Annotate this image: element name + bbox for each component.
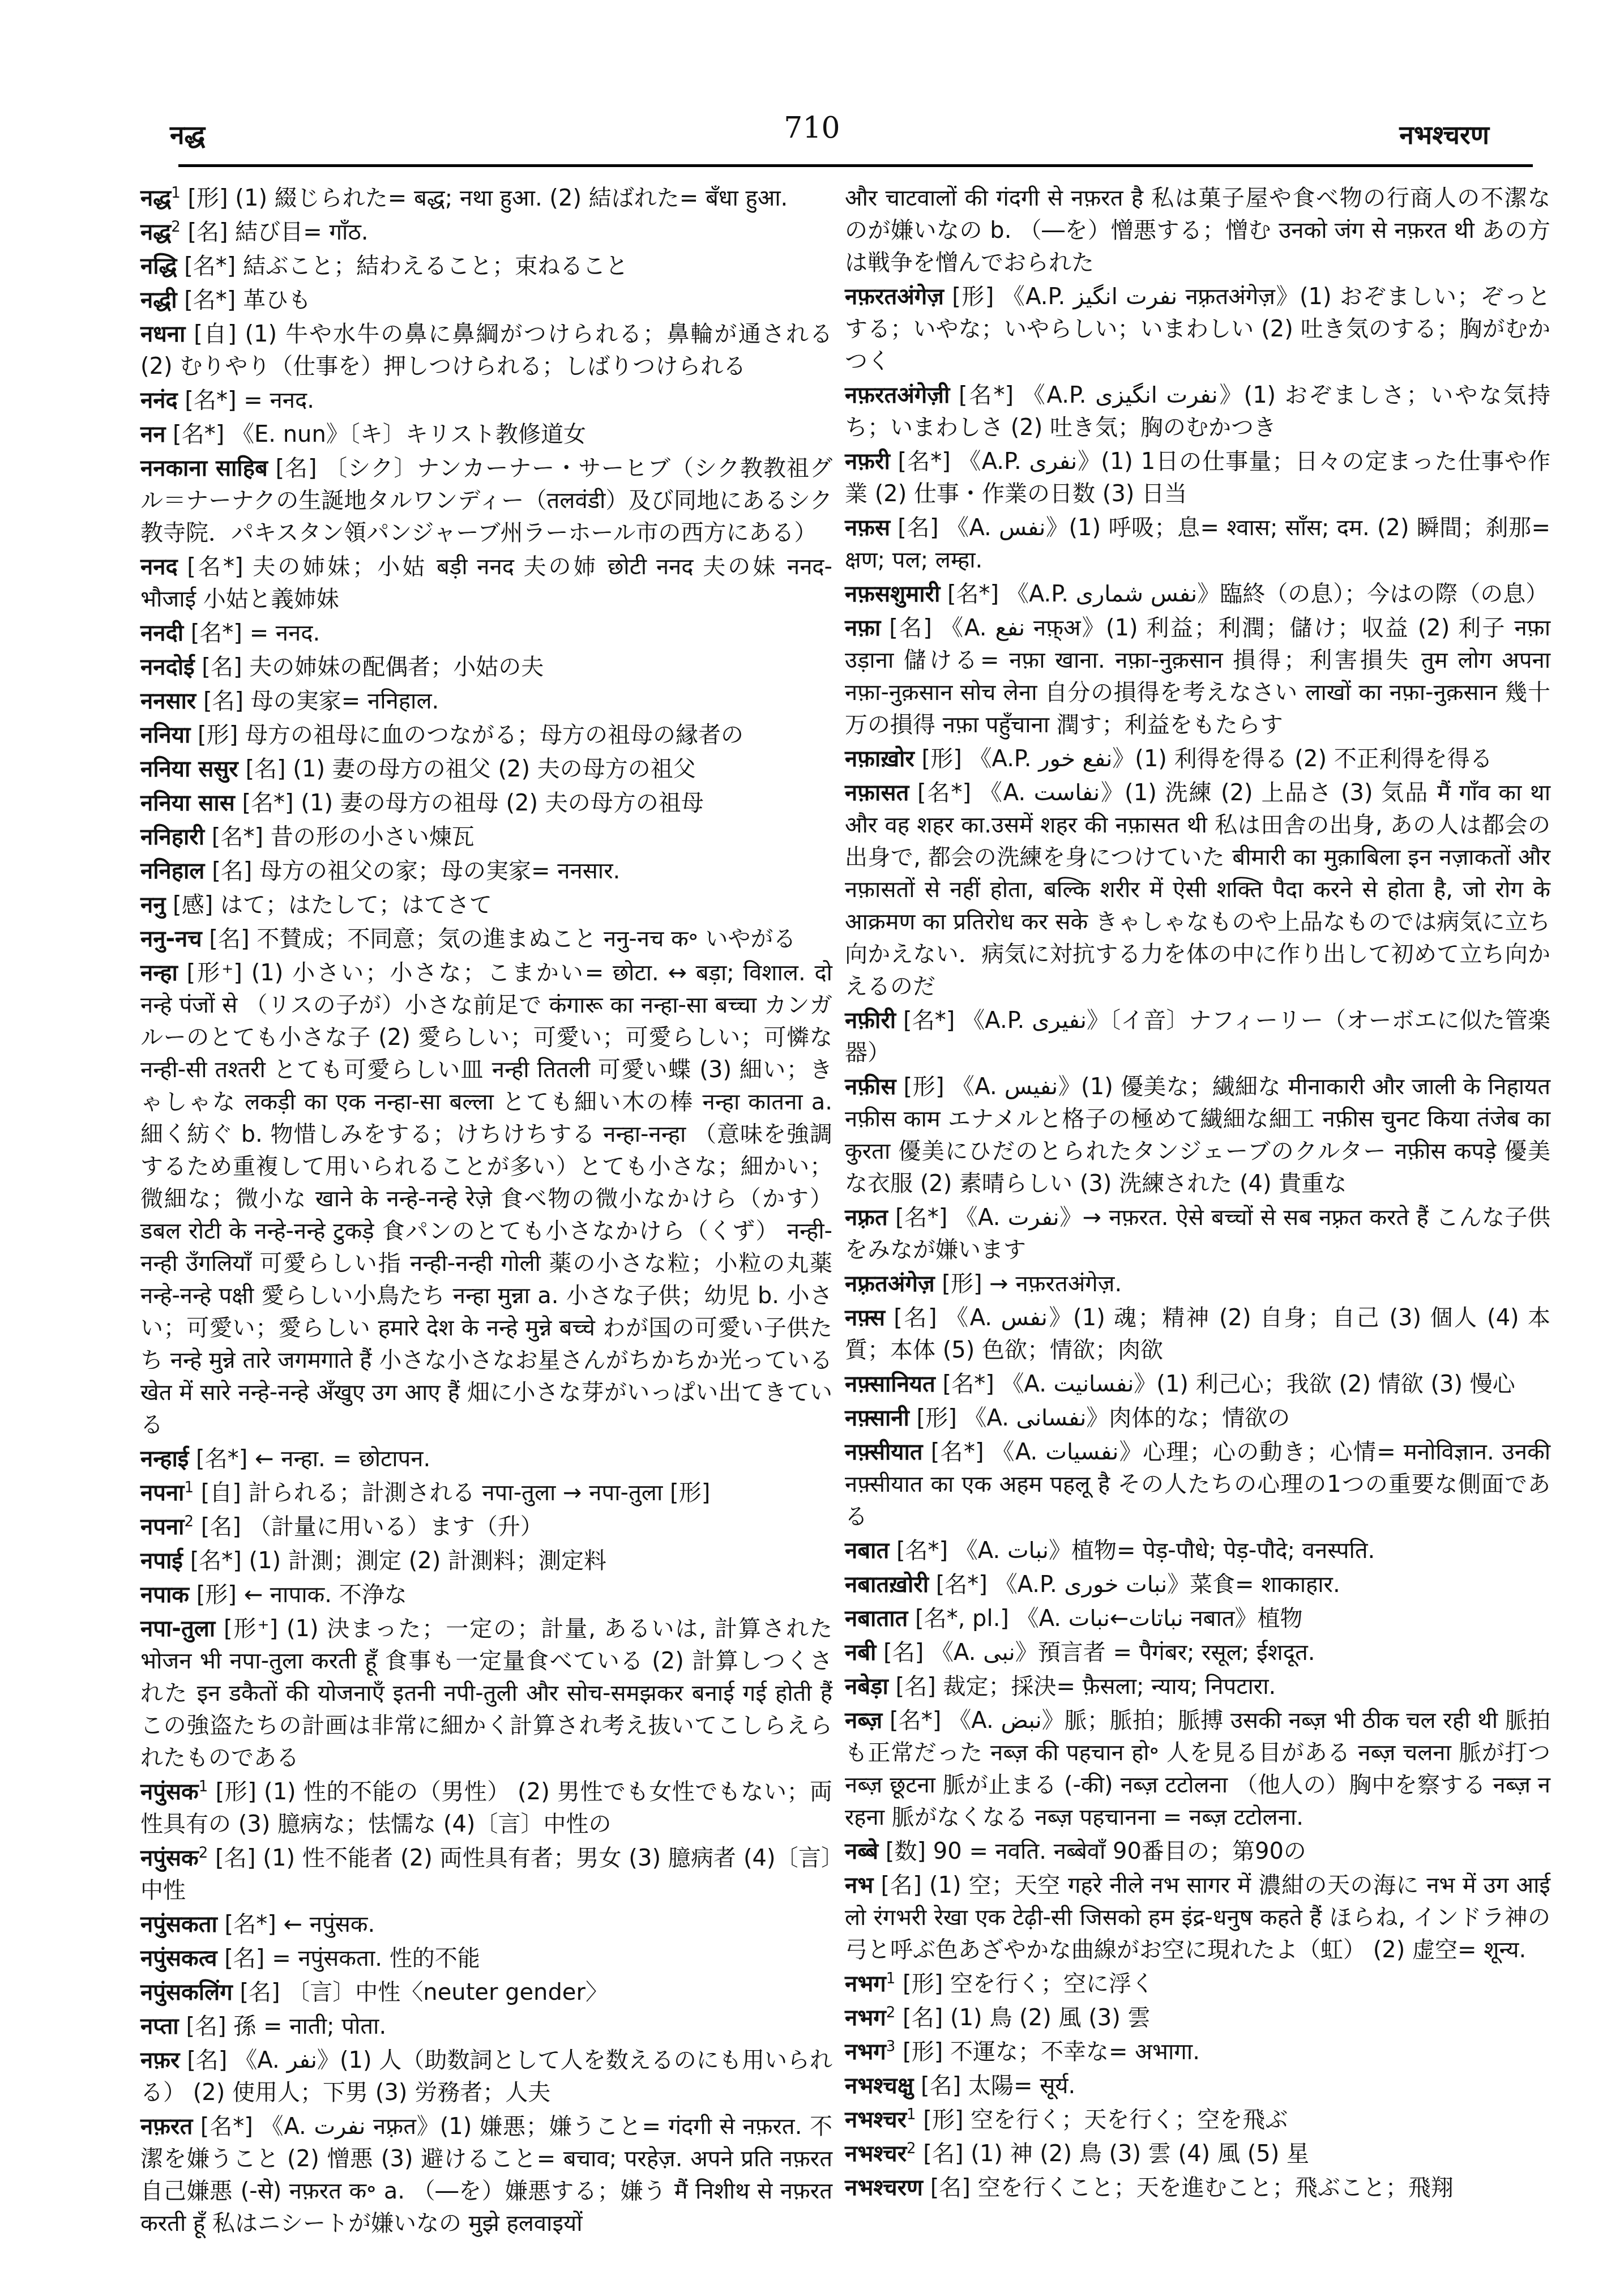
dictionary-entry: नपुंसक1 [形] (1) 性的不能の（男性） (2) 男性でも女性でもない…	[140, 1776, 832, 1841]
pos-tag: [名*]	[929, 1572, 995, 1598]
headword: नफ़सशुमारी	[845, 581, 940, 607]
pos-tag: [名]	[913, 2073, 968, 2099]
headword: नफ़स	[845, 515, 890, 541]
entry-body: 《A.P. نفع خور》(1) 利得を得る (2) 不正利得を得る	[969, 746, 1492, 772]
pos-tag: [名]	[888, 1674, 943, 1700]
pos-tag: [名]	[217, 1945, 272, 1971]
pos-tag: [名]	[181, 219, 236, 245]
entry-body: (1) 鳥 (2) 風 (3) 雲	[950, 2005, 1151, 2031]
dictionary-entry: नब्ज़ [名*] 《A. نبض》脈；脈拍；脈搏 उसकी नब्ज़ भी…	[845, 1705, 1550, 1834]
pos-tag: [形⁺]	[215, 1616, 287, 1642]
dictionary-entry: नफ़स [名] 《A. نفس》(1) 呼吸；息= श्वास; साँस; …	[845, 512, 1550, 577]
headword-superscript: 2	[184, 1513, 194, 1530]
pos-tag: [名*]	[183, 620, 250, 646]
dictionary-entry: नपाई [名*] (1) 計測；測定 (2) 計測料；測定料	[140, 1545, 832, 1577]
headword: नपुंसकत्व	[140, 1945, 217, 1971]
dictionary-entry: नन [名*] 《E. nun》〔キ〕キリスト教修道女	[140, 419, 832, 451]
headword: नफ़्स	[845, 1305, 885, 1331]
dictionary-entry: नफ़ा [名] 《A. نفع नफ़्अ》(1) 利益；利潤；儲け；収益 (…	[845, 612, 1550, 741]
pos-tag: [形]	[916, 2107, 971, 2133]
headword-superscript: 1	[886, 1970, 896, 1987]
headword: नपाक	[140, 1582, 189, 1608]
headword: नबात	[845, 1538, 889, 1564]
pos-tag: [形]	[181, 185, 236, 211]
running-head-right-keyword: नभश्चरण	[1399, 117, 1489, 152]
headword: नफ़्रत	[845, 1205, 888, 1231]
headword: नफ़ीरी	[845, 1008, 896, 1034]
entry-body: (1) 綴じられた= बद्ध; नथा हुआ. (2) 結ばれた= बँधा…	[235, 185, 788, 211]
dictionary-entry: नफ़रतअंगेज़ [形] 《A.P. نفرت انگیز नफ़्रतअ…	[845, 281, 1550, 378]
entry-body: 《A. نفسانی》肉体的な；情欲の	[964, 1405, 1290, 1431]
dictionary-entry: नधना [自] (1) 牛や水牛の鼻に鼻綱がつけられる；鼻輪が通される (2)…	[140, 318, 832, 383]
entry-continuation: और चाटवालों की गंदगी से नफ़रत है 私は菓子屋や食…	[845, 182, 1550, 279]
headword: नफ़री	[845, 449, 890, 475]
pos-tag: [形]	[896, 1074, 951, 1100]
pos-tag: [名]	[233, 1979, 288, 2005]
headword: नब्बे	[845, 1838, 878, 1864]
dictionary-entry: नभश्चक्षु [名] 太陽= सूर्य.	[845, 2070, 1550, 2102]
dictionary-entry: नफ़रत [名*] 《A. نفرت नफ़्रत》(1) 嫌悪；嫌うこと= …	[140, 2111, 832, 2240]
entry-body: 《A. نفاست》(1) 洗練 (2) 上品さ (3) 気品 मैं गाँव…	[845, 780, 1550, 1000]
pos-tag: [感]	[165, 892, 220, 918]
dictionary-entry: ननिया [形] 母方の祖母に血のつながる；母方の祖母の縁者の	[140, 719, 832, 752]
entry-body: (1) 神 (2) 鳥 (3) 雲 (4) 風 (5) 星	[971, 2141, 1309, 2167]
headword: नबेड़ा	[845, 1674, 888, 1700]
dictionary-entry: नद्धि [名*] 結ぶこと；結わえること；束ねること	[140, 250, 832, 283]
entry-body: 《A. نباتات←نبات नबात》植物	[1016, 1606, 1303, 1632]
entry-body: ← नन्हा. = छोटापन.	[255, 1446, 430, 1472]
pos-tag: [名]	[208, 1845, 263, 1871]
headword: ननिहाल	[140, 858, 204, 884]
entry-body: = ननद.	[250, 620, 320, 646]
entry-body: 不運な；不幸な= अभागा.	[950, 2039, 1200, 2065]
pos-tag: [名*]	[177, 253, 243, 279]
headword: नफ़रत	[140, 2114, 193, 2140]
dictionary-entry: नफ़ीरी [名*] 《A.P. نفیری》〔イ音〕ナフィーリー（オーボエに…	[845, 1005, 1550, 1069]
dictionary-entry: ननकाना साहिब [名] 〔シク〕ナンカーナー・サーヒブ（シク教教祖グル…	[140, 453, 832, 549]
dictionary-entry: नभग1 [形] 空を行く；空に浮く	[845, 1968, 1550, 2000]
headword: नबातख़ोरी	[845, 1572, 929, 1598]
entry-body: はて；はたして；はてさて	[220, 892, 492, 918]
entry-body: 《E. nun》〔キ〕キリスト教修道女	[232, 421, 586, 447]
entry-body: 《A. نبی》預言者 = पैगंबर; रसूल; ईशदूत.	[931, 1640, 1315, 1666]
pos-tag: [名]	[202, 926, 257, 952]
headword-superscript: 2	[886, 2004, 896, 2021]
dictionary-entry: नबी [名] 《A. نبی》預言者 = पैगंबर; रसूल; ईशदू…	[845, 1637, 1550, 1669]
headword: नभश्चरण	[845, 2175, 923, 2201]
entry-body: 90 = नवति. नब्बेवाँ 90番目の；第90の	[933, 1838, 1306, 1864]
pos-tag: [形]	[189, 1582, 244, 1608]
headword: नद्ध	[140, 185, 171, 211]
pos-tag: [名*]	[189, 1446, 255, 1472]
dictionary-entry: नद्ध2 [名] 結び目= गाँठ.	[140, 216, 832, 249]
pos-tag: [名*]	[183, 1548, 249, 1574]
headword: ननदोई	[140, 654, 195, 680]
dictionary-entry: नपा-तुला [形⁺] (1) 決まった；一定の；計量, あるいは, 計算さ…	[140, 1613, 832, 1774]
entry-body: ← नापाक. 不浄な	[244, 1582, 407, 1608]
pos-tag: [名*]	[882, 1708, 948, 1734]
headword: ननद	[140, 554, 178, 580]
dictionary-entry: नपुंसकत्व [名] = नपुंसकता. 性的不能	[140, 1943, 832, 1975]
headword: नफ़ासत	[845, 780, 909, 806]
entry-body: → नफ़रतअंगेज़.	[989, 1271, 1122, 1297]
headword: नफ़ा	[845, 615, 881, 641]
entry-body: 母方の祖父の家；母の実家= ननसार.	[259, 858, 620, 884]
dictionary-entry: नफ़सशुमारी [名*] 《A.P. نفس شماری》臨終（の息）；今…	[845, 578, 1550, 611]
headword: नन्हाई	[140, 1446, 189, 1472]
pos-tag: [名]	[881, 615, 940, 641]
entry-body: ← नपुंसक.	[283, 1911, 375, 1937]
pos-tag: [名*]	[923, 1439, 992, 1465]
headword: नबातात	[845, 1606, 908, 1632]
pos-tag: [形]	[944, 284, 1002, 310]
pos-tag: [名*]	[178, 554, 253, 580]
dictionary-entry: नफ़ीस [形] 《A. نفیس》(1) 優美な；繊細な मीनाकारी …	[845, 1071, 1550, 1200]
dictionary-entry: नफ़ाख़ोर [形] 《A.P. نفع خور》(1) 利得を得る (2)…	[845, 743, 1550, 775]
pos-tag: [自]	[194, 1480, 249, 1506]
pos-tag: [名]	[916, 2141, 971, 2167]
headword: नप्ता	[140, 2013, 179, 2039]
headword: नफ़र	[140, 2047, 180, 2073]
headword: नन्हा	[140, 960, 178, 986]
headword: ननिया ससुर	[140, 756, 238, 782]
entry-body: 結び目= गाँठ.	[235, 219, 368, 245]
dictionary-entry: नफ़रतअंगेज़ी [名*] 《A.P. نفرت انگیزی》(1) …	[845, 379, 1550, 444]
headword: नद्धी	[140, 287, 177, 313]
entry-body: (1) 妻の母方の祖母 (2) 夫の母方の祖母	[301, 790, 703, 816]
dictionary-entry: ननु [感] はて；はたして；はてさて	[140, 889, 832, 921]
pos-tag: [名*]	[235, 790, 301, 816]
headword-superscript: 2	[199, 1845, 208, 1862]
pos-tag: [名]	[194, 1514, 249, 1540]
headword: नफ़रतअंगेज़ी	[845, 382, 950, 408]
entry-body: 《A. نفع नफ़्अ》(1) 利益；利潤；儲け；収益 (2) 利子 नफ़…	[845, 615, 1550, 738]
pos-tag: [数]	[878, 1838, 933, 1864]
entry-body: 母の実家= ननिहाल.	[251, 688, 439, 714]
dictionary-entry: नद्धी [名*] 革ひも	[140, 284, 832, 317]
entry-body: 裁定；採決= फ़ैसला; न्याय; निपटारा.	[943, 1674, 1276, 1700]
pos-tag: [名*]	[909, 780, 980, 806]
pos-tag: [名*]	[940, 581, 1006, 607]
headword: नधना	[140, 321, 185, 347]
entry-body: (1) 妻の母方の祖父 (2) 夫の母方の祖父	[293, 756, 695, 782]
dictionary-entry: नफ़्सानी [形] 《A. نفسانی》肉体的な；情欲の	[845, 1402, 1550, 1435]
dictionary-entry: ननिया सास [名*] (1) 妻の母方の祖母 (2) 夫の母方の祖母	[140, 787, 832, 820]
entry-body: 太陽= सूर्य.	[968, 2073, 1075, 2099]
headword-superscript: 3	[886, 2038, 896, 2055]
pos-tag: [名*]	[888, 1205, 955, 1231]
entry-body: 計られる；計測される नपा-तुला → नपा-तुला [形]	[249, 1480, 711, 1506]
headword: ननसार	[140, 688, 196, 714]
headword: ननिया	[140, 722, 190, 748]
dictionary-entry: नपुंसकता [名*] ← नपुंसक.	[140, 1909, 832, 1941]
pos-tag: [名]	[885, 1305, 946, 1331]
headword: नपुंसक	[140, 1779, 199, 1805]
headword: नद्ध	[140, 219, 171, 245]
pos-tag: [名]	[204, 858, 259, 884]
headword: नभग	[845, 2005, 886, 2031]
headword-superscript: 1	[171, 185, 181, 202]
pos-tag: [名]	[268, 455, 325, 481]
entry-body: (1) 牛や水牛の鼻に鼻綱がつけられる；鼻輪が通される (2) むりやり（仕事を…	[140, 321, 832, 379]
dictionary-entry: नप्ता [名] 孫 = नाती; पोता.	[140, 2011, 832, 2043]
dictionary-entry: नभग2 [名] (1) 鳥 (2) 風 (3) 雲	[845, 2002, 1550, 2034]
dictionary-entry: नबेड़ा [名] 裁定；採決= फ़ैसला; न्याय; निपटारा…	[845, 1671, 1550, 1703]
headword: नपाई	[140, 1548, 183, 1574]
entry-body: 母方の祖母に血のつながる；母方の祖母の縁者の	[245, 722, 743, 748]
headword: नफ़्रतअंगेज़	[845, 1271, 935, 1297]
dictionary-entry: नपाक [形] ← नापाक. 不浄な	[140, 1579, 832, 1611]
pos-tag: [名*]	[896, 1008, 962, 1034]
pos-tag: [名*]	[889, 1538, 955, 1564]
headword: नफ़ीस	[845, 1074, 896, 1100]
dictionary-entry: नफ़ासत [名*] 《A. نفاست》(1) 洗練 (2) 上品さ (3)…	[845, 777, 1550, 1003]
pos-tag: [形]	[909, 1405, 964, 1431]
entry-body: 孫 = नाती; पोता.	[233, 2013, 386, 2039]
pos-tag: [名]	[179, 2013, 234, 2039]
dictionary-entry: नफ़री [名*] 《A.P. نفری》(1) 1日の仕事量；日々の定まった…	[845, 446, 1550, 510]
headword: ननकाना साहिब	[140, 455, 268, 481]
entry-body: 《A. نفس》(1) 呼吸；息= श्वास; साँस; दम. (2) 瞬…	[845, 515, 1550, 573]
dictionary-entry: नबातात [名*, pl.] 《A. نباتات←نبات नबात》植物	[845, 1603, 1550, 1635]
entry-body: (1) 計測；測定 (2) 計測料；測定料	[249, 1548, 606, 1574]
pos-tag: [名*]	[177, 287, 243, 313]
pos-tag: [名]	[238, 756, 293, 782]
dictionary-entry: नफ़र [名] 《A. نفر》(1) 人（助数詞として人を数えるのにも用いら…	[140, 2045, 832, 2109]
entry-body: 結ぶこと；結わえること；束ねること	[243, 253, 628, 279]
entry-body: 《A. نفر》(1) 人（助数詞として人を数えるのにも用いられる） (2) 使…	[140, 2047, 832, 2106]
pos-tag: [名*]	[204, 824, 271, 850]
entry-body: 《A. نبض》脈；脈拍；脈搏 उसकी नब्ज़ भी ठीक चल रही…	[845, 1708, 1550, 1830]
pos-tag: [形]	[914, 746, 969, 772]
headword: ननिहारी	[140, 824, 204, 850]
headword: नन	[140, 421, 165, 447]
dictionary-entry: ननद [名*] 夫の姉妹；小姑 बड़ी ननद 夫の姉 छोटी ननद 夫…	[140, 551, 832, 616]
headword: नफ़्सानियत	[845, 1371, 935, 1397]
headword: नबी	[845, 1640, 876, 1666]
pos-tag: [形]	[895, 2039, 950, 2065]
pos-tag: [名]	[923, 2175, 978, 2201]
pos-tag: [名*]	[890, 449, 959, 475]
dictionary-entry: नफ़्सानियत [名*] 《A. نفسانیت》(1) 利己心；我欲 (…	[845, 1368, 1550, 1401]
headword: नफ़्सीयात	[845, 1439, 923, 1465]
dictionary-entry: नभग3 [形] 不運な；不幸な= अभागा.	[845, 2036, 1550, 2068]
dictionary-entry: नभश्चरण [名] 空を行くこと；天を進むこと；飛ぶこと；飛翔	[845, 2172, 1550, 2204]
headword: नपा-तुला	[140, 1616, 215, 1642]
dictionary-entry: नब्बे [数] 90 = नवति. नब्बेवाँ 90番目の；第90の	[845, 1836, 1550, 1868]
headword: ननंद	[140, 387, 178, 413]
right-column: और चाटवालों की गंदगी से नफ़रत है 私は菓子屋や食…	[845, 182, 1550, 2206]
pos-tag: [形]	[935, 1271, 990, 1297]
pos-tag: [名*]	[935, 1371, 1002, 1397]
headword: ननदी	[140, 620, 183, 646]
entry-body: 《A. نبات》植物= पेड़-पौधे; पेड़-पौदे; वनस्प…	[955, 1538, 1375, 1564]
pos-tag: [名*]	[165, 421, 232, 447]
headword: नभश्चर	[845, 2107, 907, 2133]
dictionary-entry: नबात [名*] 《A. نبات》植物= पेड़-पौधे; पेड़-प…	[845, 1535, 1550, 1567]
headword: ननिया सास	[140, 790, 235, 816]
entry-body: 空を行く；天を行く；空を飛ぶ	[971, 2107, 1288, 2133]
pos-tag: [名*]	[193, 2114, 260, 2140]
dictionary-entry: नभ [名] (1) 空；天空 गहरे नीले नभ सागर में 濃紺…	[845, 1870, 1550, 1966]
headword-superscript: 1	[907, 2106, 916, 2123]
running-head: नद्ध 710 नभश्चरण	[0, 111, 1624, 151]
dictionary-entry: ननिहाल [名] 母方の祖父の家；母の実家= ननसार.	[140, 855, 832, 887]
entry-body: और चाटवालों की गंदगी से नफ़रत है 私は菓子屋や食…	[845, 185, 1550, 276]
dictionary-entry: ननंद [名*] = ननद.	[140, 385, 832, 417]
entry-body: 空を行く；空に浮く	[950, 1971, 1154, 1997]
headword-superscript: 1	[184, 1479, 194, 1496]
headword: नफ़ाख़ोर	[845, 746, 914, 772]
entry-body: = नपुंसकता. 性的不能	[272, 1945, 480, 1971]
pos-tag: [名]	[196, 688, 251, 714]
headword: ननु-नच	[140, 926, 202, 952]
headword: नपुंसकता	[140, 1911, 217, 1937]
pos-tag: [名*, pl.]	[908, 1606, 1016, 1632]
headword: नपना	[140, 1514, 184, 1540]
dictionary-entry: नफ़्स [名] 《A. نفس》(1) 魂；精神 (2) 自身；自己 (3)…	[845, 1302, 1550, 1367]
pos-tag: [名*]	[217, 1911, 284, 1937]
headword: नपुंसकलिंग	[140, 1979, 233, 2005]
dictionary-entry: नफ़्रतअंगेज़ [形] → नफ़रतअंगेज़.	[845, 1268, 1550, 1300]
pos-tag: [名]	[195, 654, 250, 680]
entry-body: 不賛成；不同意；気の進まぬこと ननु-नच क॰ いやがる	[257, 926, 796, 952]
dictionary-entry: नभश्चर2 [名] (1) 神 (2) 鳥 (3) 雲 (4) 風 (5) …	[845, 2138, 1550, 2170]
dictionary-entry: नपना1 [自] 計られる；計測される नपा-तुला → नपा-तुला…	[140, 1477, 832, 1509]
entry-body: (1) 空；天空 गहरे नीले नभ सागर में 濃紺の天の海に न…	[845, 1872, 1550, 1963]
pos-tag: [名]	[876, 1640, 931, 1666]
entry-body: 〔言〕中性〈neuter gender〉	[287, 1979, 608, 2005]
entry-body: 《A.P. نفس شماری》臨終（の息）；今はの際（の息）	[1006, 581, 1548, 607]
headword-superscript: 1	[199, 1778, 208, 1795]
entry-body: 夫の姉妹の配偶者；小姑の夫	[249, 654, 544, 680]
entry-body: 昔の形の小さい煉瓦	[271, 824, 475, 850]
entry-body: 《A. نفسانیت》(1) 利己心；我欲 (2) 情欲 (3) 慢心	[1001, 1371, 1515, 1397]
pos-tag: [名*]	[950, 382, 1022, 408]
dictionary-entry: नपुंसक2 [名] (1) 性不能者 (2) 両性具有者；男女 (3) 臆病…	[140, 1842, 832, 1907]
headword: नभग	[845, 2039, 886, 2065]
dictionary-entry: नभश्चर1 [形] 空を行く；天を行く；空を飛ぶ	[845, 2104, 1550, 2136]
entry-body: 革ひも	[243, 287, 311, 313]
entry-body: = ननद.	[243, 387, 314, 413]
headword: नभग	[845, 1971, 886, 1997]
pos-tag: [自]	[185, 321, 245, 347]
dictionary-entry: नन्हा [形⁺] (1) 小さい；小さな；こまかい= छोटा. ↔ बड़…	[140, 957, 832, 1441]
headword-superscript: 2	[907, 2140, 916, 2157]
pos-tag: [名]	[890, 515, 946, 541]
dictionary-entry: नपुंसकलिंग [名] 〔言〕中性〈neuter gender〉	[140, 1977, 832, 2009]
headword: नभश्चक्षु	[845, 2073, 913, 2099]
dictionary-entry: नद्ध1 [形] (1) 綴じられた= बद्ध; नथा हुआ. (2) …	[140, 182, 832, 215]
dictionary-entry: ननदी [名*] = ननद.	[140, 617, 832, 650]
page-number: 710	[0, 111, 1624, 145]
entry-body: 《A.P. نبات خوری》菜食= शाकाहार.	[995, 1572, 1340, 1598]
pos-tag: [名]	[873, 1872, 929, 1898]
headword: नद्धि	[140, 253, 177, 279]
dictionary-entry: नफ़्सीयात [名*] 《A. نفسیات》心理；心の動き；心情= मन…	[845, 1436, 1550, 1533]
pos-tag: [名]	[895, 2005, 950, 2031]
dictionary-entry: नबातख़ोरी [名*] 《A.P. نبات خوری》菜食= शाकाह…	[845, 1569, 1550, 1601]
pos-tag: [形⁺]	[178, 960, 251, 986]
headword: नपुंसक	[140, 1845, 199, 1871]
dictionary-entry: ननसार [名] 母の実家= ननिहाल.	[140, 685, 832, 718]
dictionary-entry: ननदोई [名] 夫の姉妹の配偶者；小姑の夫	[140, 651, 832, 684]
dictionary-entry: नपना2 [名] （計量に用いる）ます（升）	[140, 1511, 832, 1543]
header-rule	[178, 164, 1533, 167]
headword: नफ़रतअंगेज़	[845, 284, 944, 310]
headword: नफ़्सानी	[845, 1405, 909, 1431]
dictionary-page: नद्ध 710 नभश्चरण नद्ध1 [形] (1) 綴じられた= बद…	[0, 0, 1624, 2292]
dictionary-entry: ननिहारी [名*] 昔の形の小さい煉瓦	[140, 821, 832, 853]
headword-superscript: 2	[171, 219, 181, 236]
dictionary-entry: ननिया ससुर [名] (1) 妻の母方の祖父 (2) 夫の母方の祖父	[140, 753, 832, 786]
pos-tag: [形]	[190, 722, 245, 748]
dictionary-entry: ननु-नच [名] 不賛成；不同意；気の進まぬこと ननु-नच क॰ いやが…	[140, 923, 832, 955]
headword: नभश्चर	[845, 2141, 907, 2167]
dictionary-entry: नन्हाई [名*] ← नन्हा. = छोटापन.	[140, 1443, 832, 1475]
pos-tag: [形]	[895, 1971, 950, 1997]
pos-tag: [名*]	[178, 387, 244, 413]
entry-body: 《A. نفس》(1) 魂；精神 (2) 自身；自己 (3) 個人 (4) 本質…	[845, 1305, 1550, 1363]
headword: नपना	[140, 1480, 184, 1506]
entry-body: (1) 小さい；小さな；こまかい= छोटा. ↔ बड़ा; विशाल. द…	[140, 960, 832, 1438]
entry-body: 空を行くこと；天を進むこと；飛ぶこと；飛翔	[978, 2175, 1454, 2201]
headword: ननु	[140, 892, 165, 918]
headword: नभ	[845, 1872, 873, 1898]
pos-tag: [名]	[180, 2047, 234, 2073]
entry-body: （計量に用いる）ます（升）	[249, 1514, 543, 1540]
pos-tag: [形]	[208, 1779, 264, 1805]
dictionary-entry: नफ़्रत [名*] 《A. نفرت》→ नफ़रत. ऐसे बच्चों…	[845, 1202, 1550, 1266]
headword: नब्ज़	[845, 1708, 882, 1734]
left-column: नद्ध1 [形] (1) 綴じられた= बद्ध; नथा हुआ. (2) …	[140, 182, 832, 2242]
